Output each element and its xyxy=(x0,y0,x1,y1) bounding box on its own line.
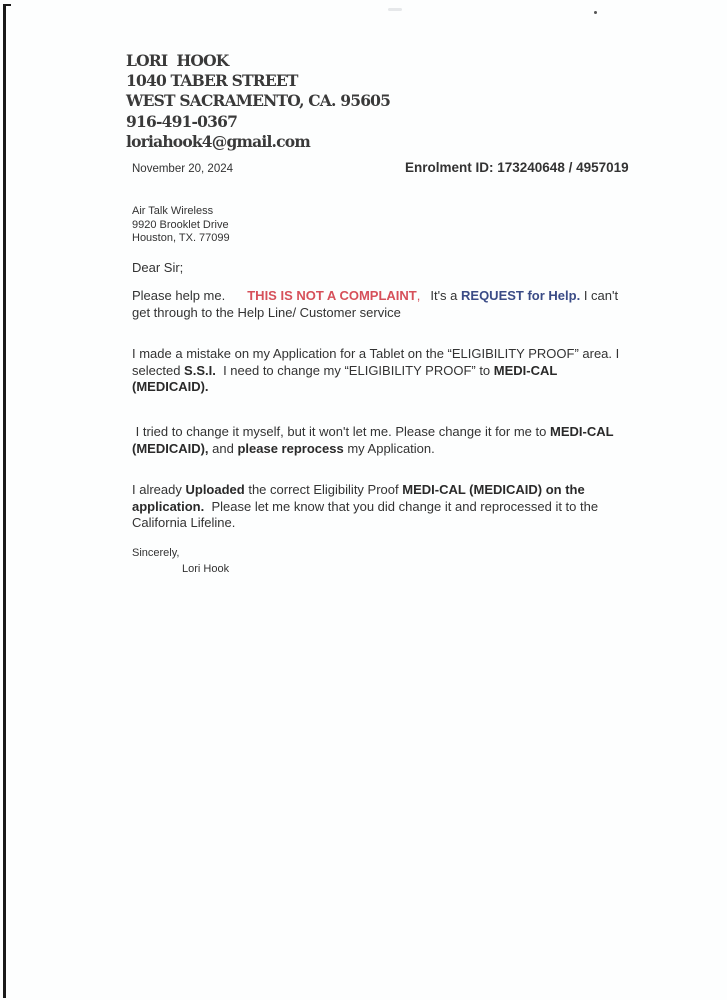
sender-email: loriahook4@gmail.com xyxy=(126,132,390,152)
already-text: I already xyxy=(132,482,185,497)
recipient-street: 9920 Brooklet Drive xyxy=(132,219,230,233)
paragraph-request: Please help me.THIS IS NOT A COMPLAINT,I… xyxy=(132,288,632,321)
scan-speck xyxy=(388,8,402,11)
change-text: I need to change my “ELIGIBILITY PROOF” … xyxy=(216,363,494,378)
letter-date: November 20, 2024 xyxy=(132,163,233,175)
sender-address-block: LORI HOOK 1040 TABER STREET WEST SACRAME… xyxy=(126,51,390,152)
and-text: and xyxy=(209,441,238,456)
reprocess-text: please reprocess xyxy=(237,441,343,456)
its-a-text: It's a xyxy=(430,288,461,303)
sender-name: LORI HOOK xyxy=(126,51,390,71)
recipient-address-block: Air Talk Wireless 9920 Brooklet Drive Ho… xyxy=(132,205,230,246)
salutation: Dear Sir; xyxy=(132,260,183,275)
not-complaint-text: THIS IS NOT A COMPLAINT xyxy=(247,288,416,303)
scan-page-edge-tick xyxy=(3,4,11,6)
scan-page-edge xyxy=(3,4,6,998)
sender-city-state-zip: WEST SACRAMENTO, CA. 95605 xyxy=(126,91,390,111)
uploaded-text: Uploaded xyxy=(185,482,244,497)
comma: , xyxy=(417,288,421,303)
recipient-city-state-zip: Houston, TX. 77099 xyxy=(132,232,230,246)
request-for-help-text: REQUEST for Help. xyxy=(461,288,580,303)
ssi-text: S.S.I. xyxy=(184,363,216,378)
sender-phone: 916-491-0367 xyxy=(126,112,390,132)
paragraph-uploaded: I already Uploaded the correct Eligibili… xyxy=(132,482,632,532)
closing: Sincerely, xyxy=(132,547,179,559)
tried-text: I tried to change it myself, but it won'… xyxy=(132,424,550,439)
application-text: my Application. xyxy=(344,441,435,456)
enrolment-id: Enrolment ID: 173240648 / 4957019 xyxy=(405,160,629,175)
paragraph-tried: I tried to change it myself, but it won'… xyxy=(132,424,632,457)
recipient-company: Air Talk Wireless xyxy=(132,205,230,219)
eligibility-text: the correct Eligibility Proof xyxy=(245,482,403,497)
intro-text: Please help me. xyxy=(132,288,225,303)
sender-street: 1040 TABER STREET xyxy=(126,71,390,91)
paragraph-mistake: I made a mistake on my Application for a… xyxy=(132,346,632,396)
signature: Lori Hook xyxy=(182,563,229,575)
scan-speck xyxy=(594,11,597,14)
